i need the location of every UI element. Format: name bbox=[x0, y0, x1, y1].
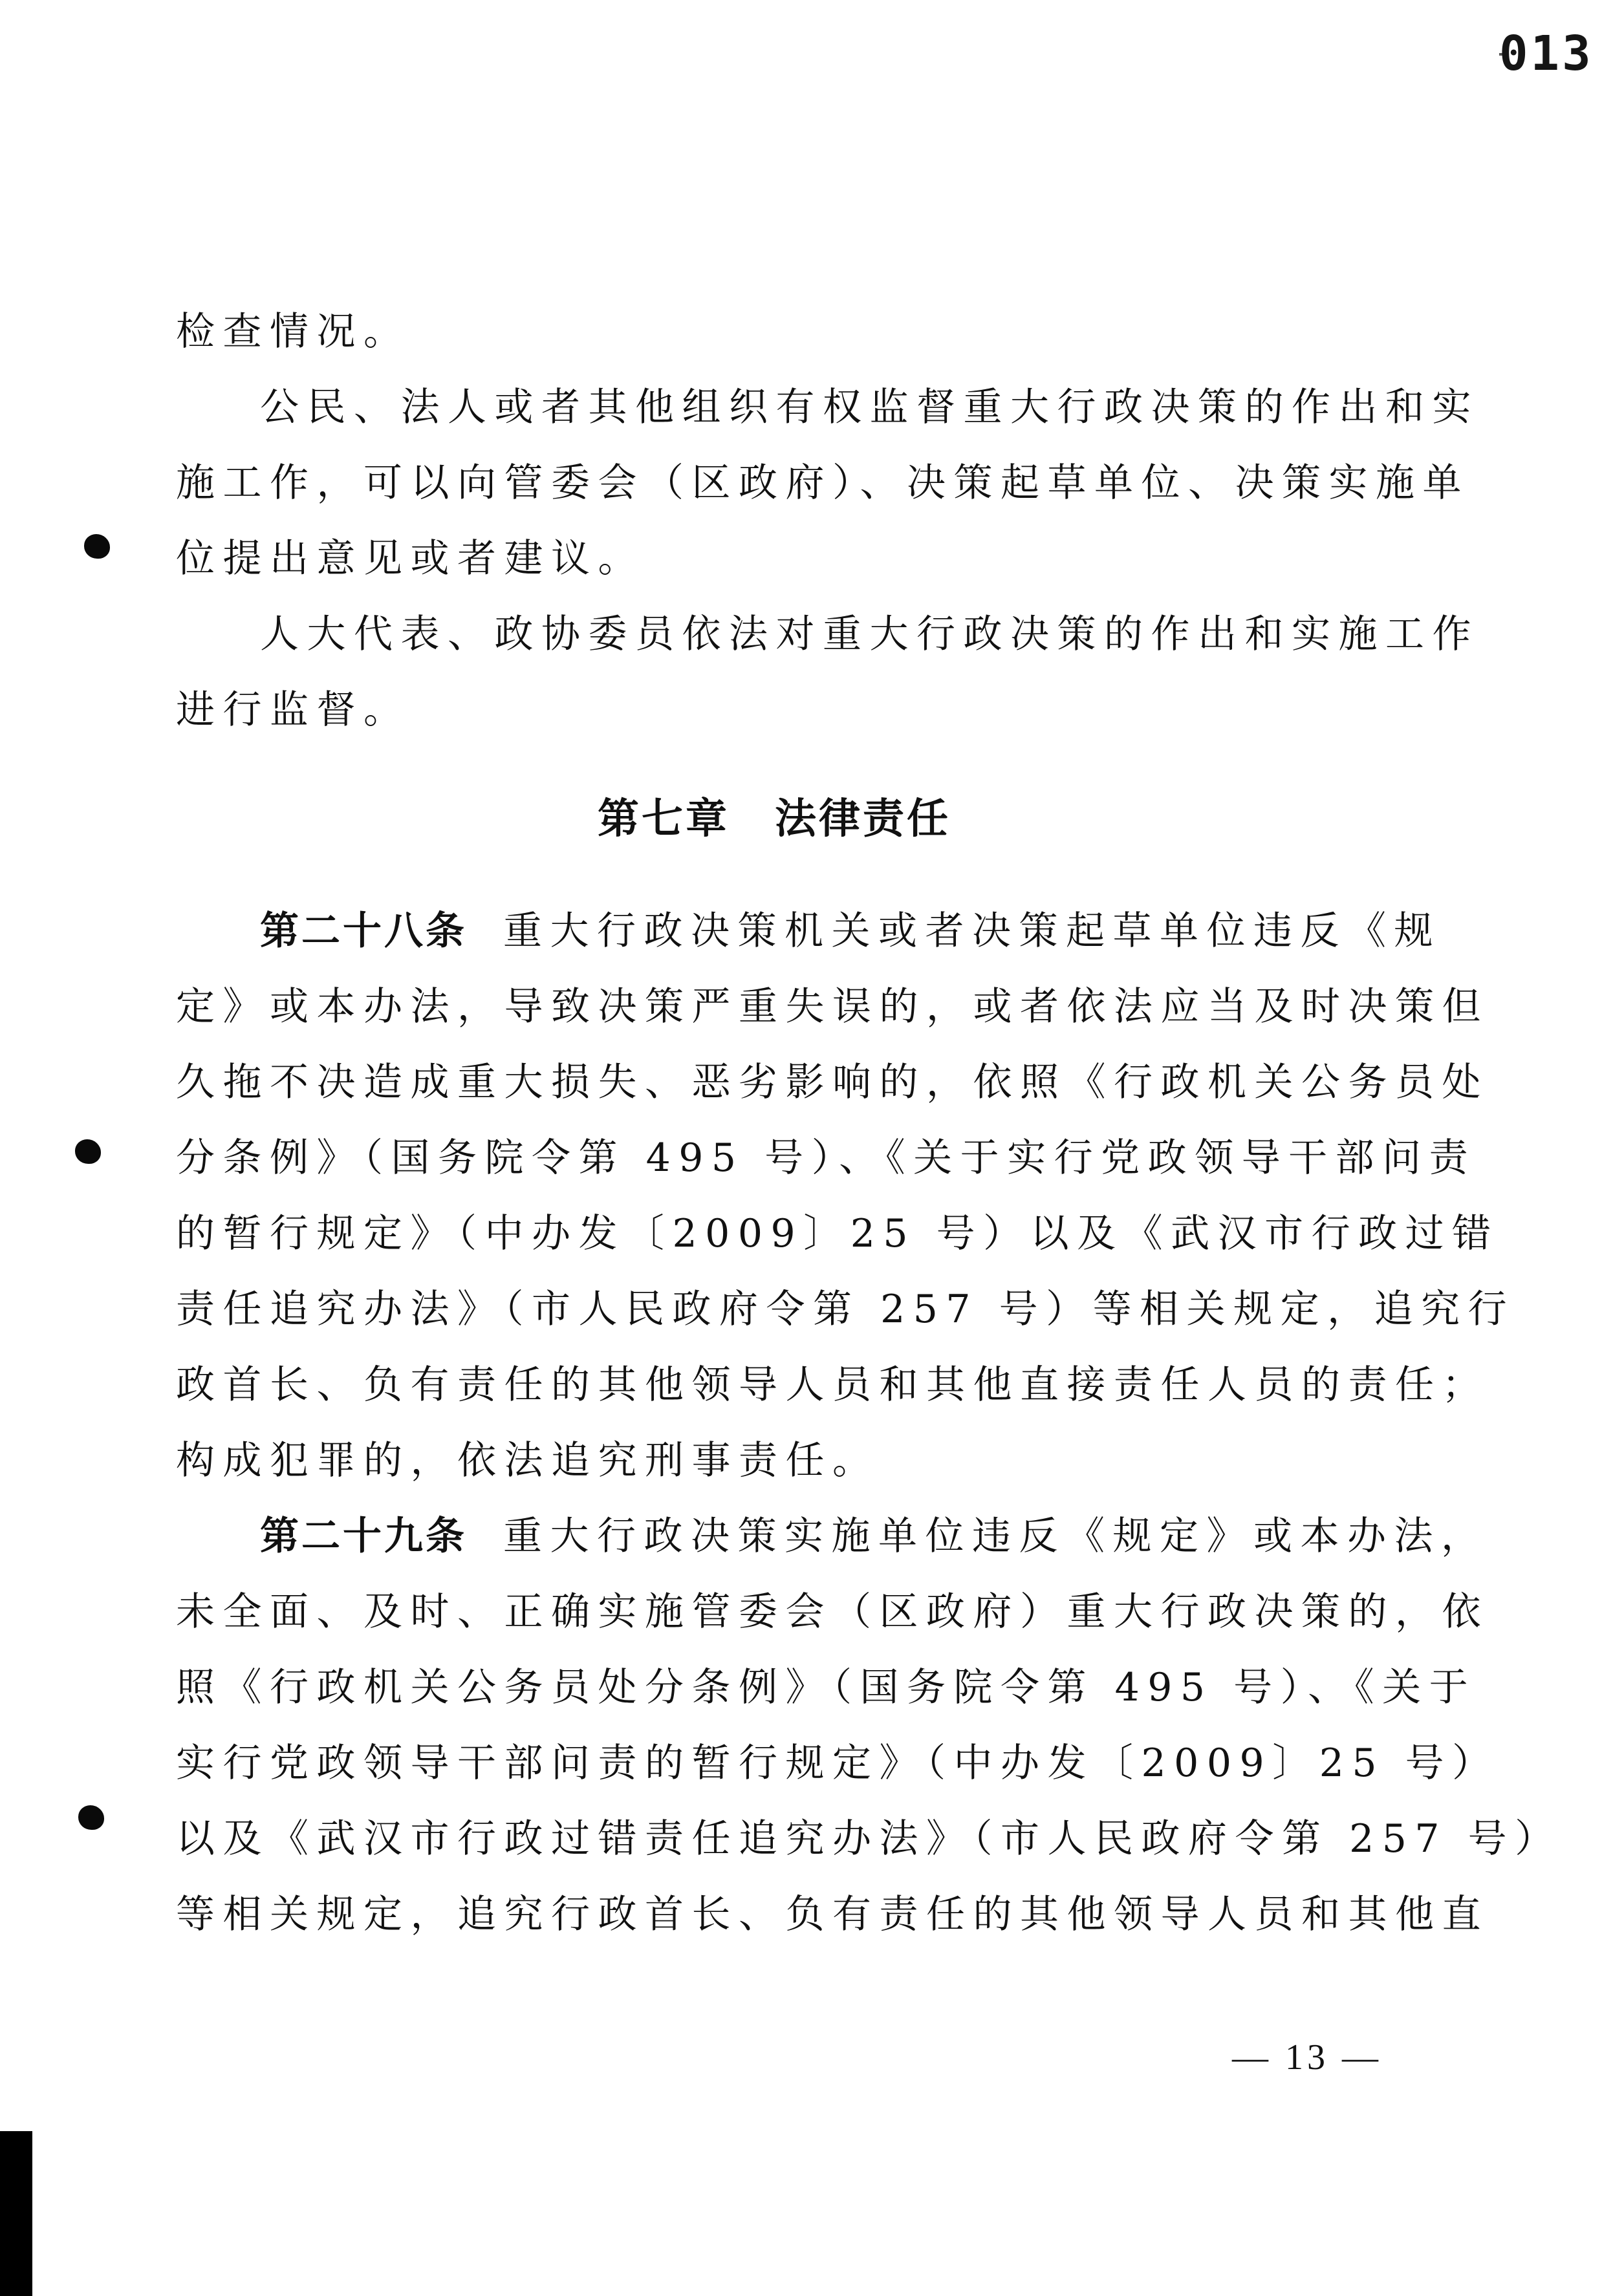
page-number: — 13 — bbox=[1232, 2037, 1382, 2078]
article-text: 重大行政决策实施单位违反《规定》或本办法， bbox=[503, 1514, 1488, 1559]
paragraph-continuation: 检查情况。 bbox=[176, 294, 1372, 370]
binding-hole-icon bbox=[75, 1139, 101, 1164]
text-line: 施工作，可以向管委会（区政府）、决策起草单位、决策实施单 bbox=[176, 445, 1372, 521]
article-28: 第二十八条重大行政决策机关或者决策起草单位违反《规 定》或本办法，导致决策严重失… bbox=[176, 894, 1372, 1499]
paragraph-deputy-supervision: 人大代表、政协委员依法对重大行政决策的作出和实施工作 进行监督。 bbox=[176, 597, 1372, 748]
text-line: 检查情况。 bbox=[176, 294, 1372, 370]
article-label: 第二十九条 bbox=[260, 1514, 467, 1559]
text-line: 照《行政机关公务员处分条例》（国务院令第 495 号）、《关于 bbox=[176, 1650, 1372, 1726]
article-text: 重大行政决策机关或者决策起草单位违反《规 bbox=[503, 908, 1441, 954]
text-line: 以及《武汉市行政过错责任追究办法》（市人民政府令第 257 号） bbox=[176, 1801, 1372, 1877]
text-line: 位提出意见或者建议。 bbox=[176, 521, 1372, 597]
text-line: 定》或本办法，导致决策严重失误的，或者依法应当及时决策但 bbox=[176, 969, 1372, 1045]
article-label: 第二十八条 bbox=[260, 908, 467, 954]
text-line: 的暂行规定》（中办发〔2009〕25 号）以及《武汉市行政过错 bbox=[176, 1196, 1372, 1272]
archive-page-stamp: 013 bbox=[1499, 26, 1594, 81]
text-line: 实行党政领导干部问责的暂行规定》（中办发〔2009〕25 号） bbox=[176, 1726, 1372, 1801]
binding-hole-icon bbox=[78, 1805, 104, 1830]
text-line: 公民、法人或者其他组织有权监督重大行政决策的作出和实 bbox=[176, 370, 1372, 445]
text-line: 未全面、及时、正确实施管委会（区政府）重大行政决策的，依 bbox=[176, 1574, 1372, 1650]
text-line: 人大代表、政协委员依法对重大行政决策的作出和实施工作 bbox=[176, 597, 1372, 672]
text-line: 责任追究办法》（市人民政府令第 257 号）等相关规定，追究行 bbox=[176, 1272, 1372, 1347]
text-line: 第二十八条重大行政决策机关或者决策起草单位违反《规 bbox=[176, 894, 1372, 969]
document-body: 检查情况。 公民、法人或者其他组织有权监督重大行政决策的作出和实 施工作，可以向… bbox=[176, 294, 1372, 1953]
text-line: 分条例》（国务院令第 495 号）、《关于实行党政领导干部问责 bbox=[176, 1121, 1372, 1196]
chapter-name: 法律责任 bbox=[775, 795, 951, 843]
text-line: 政首长、负有责任的其他领导人员和其他直接责任人员的责任； bbox=[176, 1347, 1372, 1423]
chapter-heading: 第七章法律责任 bbox=[176, 761, 1372, 877]
text-line: 久拖不决造成重大损失、恶劣影响的，依照《行政机关公务员处 bbox=[176, 1045, 1372, 1121]
scan-edge-shadow bbox=[0, 2131, 32, 2296]
binding-hole-icon bbox=[84, 534, 110, 559]
chapter-number: 第七章 bbox=[598, 795, 730, 843]
paragraph-citizen-supervision: 公民、法人或者其他组织有权监督重大行政决策的作出和实 施工作，可以向管委会（区政… bbox=[176, 370, 1372, 597]
text-line: 进行监督。 bbox=[176, 672, 1372, 748]
article-29: 第二十九条重大行政决策实施单位违反《规定》或本办法， 未全面、及时、正确实施管委… bbox=[176, 1499, 1372, 1953]
text-line: 等相关规定，追究行政首长、负有责任的其他领导人员和其他直 bbox=[176, 1877, 1372, 1953]
text-line: 构成犯罪的，依法追究刑事责任。 bbox=[176, 1423, 1372, 1499]
text-line: 第二十九条重大行政决策实施单位违反《规定》或本办法， bbox=[176, 1499, 1372, 1574]
